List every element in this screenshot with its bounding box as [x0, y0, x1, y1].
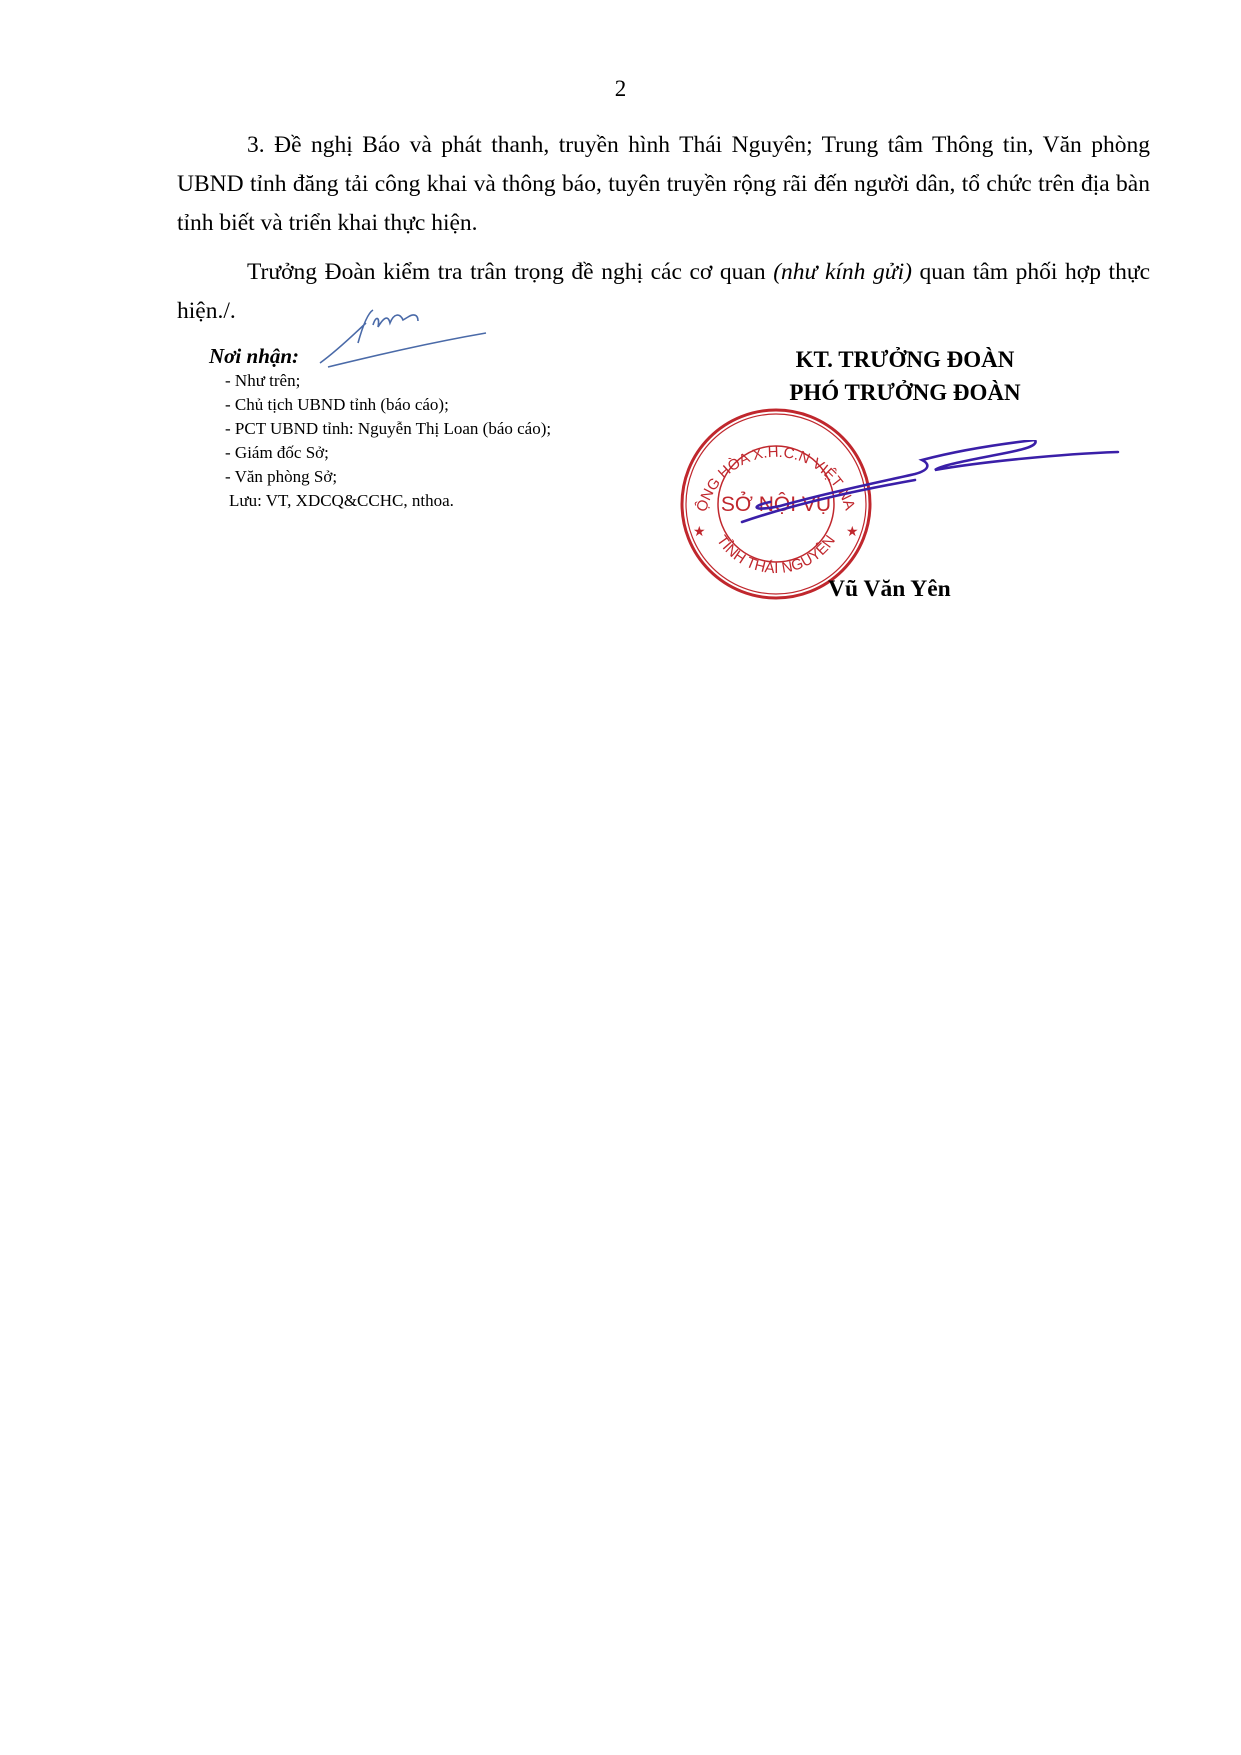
- handwritten-signature-icon: [740, 440, 1120, 560]
- recipient-item: - PCT UBND tỉnh: Nguyễn Thị Loan (báo cá…: [225, 417, 551, 441]
- signature-title-line1: KT. TRƯỞNG ĐOÀN: [700, 343, 1110, 376]
- paragraph-item-3: 3. Đề nghị Báo và phát thanh, truyền hìn…: [177, 126, 1150, 243]
- closing-italic-text: (như kính gửi): [773, 259, 912, 285]
- signature-block: KT. TRƯỞNG ĐOÀN PHÓ TRƯỞNG ĐOÀN: [700, 343, 1110, 409]
- archive-note: Lưu: VT, XDCQ&CCHC, nthoa.: [229, 489, 551, 513]
- paragraph-text: 3. Đề nghị Báo và phát thanh, truyền hìn…: [177, 132, 1150, 236]
- closing-text: Trưởng Đoàn kiểm tra trân trọng đề nghị …: [247, 259, 773, 285]
- recipient-item: - Giám đốc Sở;: [225, 441, 551, 465]
- page-number: 2: [0, 76, 1241, 102]
- recipients-list: Nơi nhận: - Như trên; - Chủ tịch UBND tỉ…: [209, 343, 551, 513]
- recipient-item: - Văn phòng Sở;: [225, 465, 551, 489]
- recipient-item: - Như trên;: [225, 369, 551, 393]
- recipients-title: Nơi nhận:: [209, 343, 551, 369]
- svg-text:★: ★: [693, 525, 706, 540]
- signer-name: Vũ Văn Yên: [828, 576, 951, 603]
- recipient-item: - Chủ tịch UBND tỉnh (báo cáo);: [225, 393, 551, 417]
